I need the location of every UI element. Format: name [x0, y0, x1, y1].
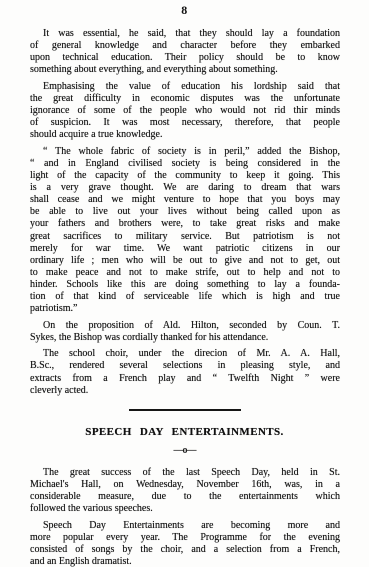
paragraph: The great success of the last Speech Day… [30, 467, 340, 515]
text-line: Sykes, the Bishop was cordially thanked … [30, 332, 340, 344]
text-line: ignorance of some of the people who woul… [30, 105, 340, 117]
text-line: considerable measure, due to the enterta… [30, 491, 340, 503]
document-page: 8 It was essential, he said, that they s… [0, 0, 369, 567]
paragraph: “ The whole fabric of society is in peri… [30, 146, 340, 315]
paragraph: On the proposition of Ald. Hilton, secon… [30, 320, 340, 344]
text-line: followed the various speeches. [30, 503, 340, 515]
text-line: patriotism.” [30, 303, 340, 315]
text-line: B.Sc., rendered several selections in pl… [30, 360, 340, 372]
text-line: and an English dramatist. [30, 556, 340, 567]
page-number: 8 [0, 0, 369, 18]
text-line: The great success of the last Speech Day… [30, 467, 340, 479]
ornament-divider: —o— [0, 445, 369, 456]
text-line: is a very grave thought. We are daring t… [30, 182, 340, 194]
text-line: to make peace and not to make strife, ou… [30, 267, 340, 279]
text-line: Speech Day Entertainments are becoming m… [30, 520, 340, 532]
article-main: It was essential, he said, that they sho… [30, 28, 340, 397]
text-line: Emphasising the value of education his l… [30, 81, 340, 93]
text-line: hinder. Schools like this are doing some… [30, 279, 340, 291]
text-line: something about everything, and everythi… [30, 64, 340, 76]
text-line: the great difficulty in economic dispute… [30, 93, 340, 105]
section-heading: SPEECH DAY ENTERTAINMENTS. [0, 426, 369, 438]
paragraph: The school choir, under the direcion of … [30, 348, 340, 396]
text-line: Michael's Hall, on Wednesday, November 1… [30, 479, 340, 491]
text-line: should acquire a true knowledge. [30, 129, 340, 141]
text-line: of general knowledge and character befor… [30, 40, 340, 52]
text-line: On the proposition of Ald. Hilton, secon… [30, 320, 340, 332]
paragraph: Emphasising the value of education his l… [30, 81, 340, 141]
text-line: extracts from a French play and “ Twelft… [30, 373, 340, 385]
text-line: merely for war time. We want patriotic c… [30, 243, 340, 255]
text-line: shall cease and we might venture to hope… [30, 194, 340, 206]
text-line: It was essential, he said, that they sho… [30, 28, 340, 40]
text-line: great sacrifices to military service. Bu… [30, 231, 340, 243]
text-line: upon technical education. Their policy s… [30, 52, 340, 64]
section-divider-rule [129, 409, 241, 411]
text-line: cleverly acted. [30, 385, 340, 397]
text-line: light of the capacity of the community t… [30, 170, 340, 182]
text-line: more popular every year. The Programme f… [30, 532, 340, 544]
text-line: “ and in England civilised society is be… [30, 158, 340, 170]
paragraph: Speech Day Entertainments are becoming m… [30, 520, 340, 567]
text-line: consisted of songs by the choir, and a s… [30, 544, 340, 556]
article-speech-day: The great success of the last Speech Day… [30, 467, 340, 567]
text-line: be able to live out your lives without b… [30, 206, 340, 218]
text-line: tion of that kind of serviceable life wh… [30, 291, 340, 303]
text-line: ordinary life ; men who will be out to g… [30, 255, 340, 267]
paragraph: It was essential, he said, that they sho… [30, 28, 340, 76]
text-line: of suspicion. It was most necessary, the… [30, 117, 340, 129]
text-line: The school choir, under the direcion of … [30, 348, 340, 360]
text-line: “ The whole fabric of society is in peri… [30, 146, 340, 158]
text-line: your fathers and brothers were, to take … [30, 218, 340, 230]
